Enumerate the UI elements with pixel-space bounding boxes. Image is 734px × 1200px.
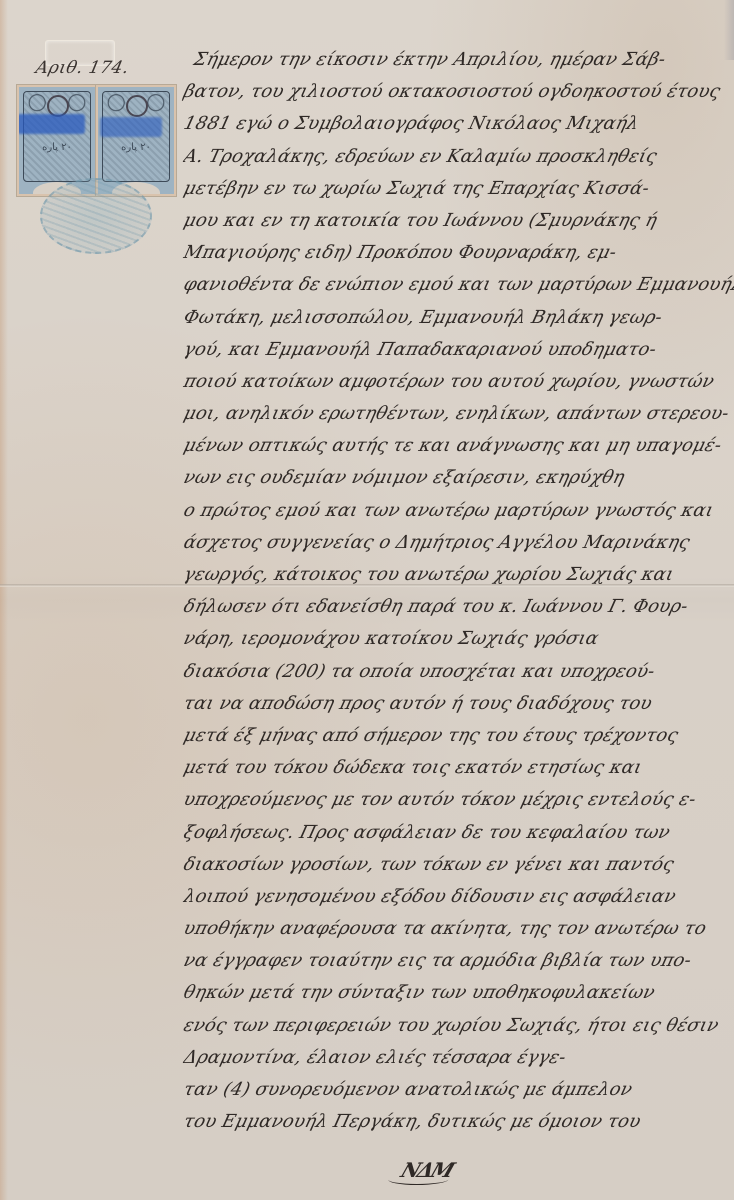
text-line: μετέβην εν τω χωρίω Σωχιά της Επαρχίας Κ… (180, 173, 734, 205)
text-line: μετά του τόκου δώδεκα τοις εκατόν ετησίω… (180, 752, 734, 784)
text-line: Α. Τροχαλάκης, εδρεύων εν Καλαμίω προσκλ… (180, 141, 734, 173)
text-line: μετά έξ μήνας από σήμερον της του έτους … (180, 720, 734, 752)
text-line: 1881 εγώ ο Συμβολαιογράφος Νικόλαος Μιχα… (180, 108, 734, 140)
text-line: θηκών μετά την σύνταξιν των υποθηκοφυλακ… (180, 977, 734, 1009)
text-line: νάρη, ιερομονάχου κατοίκου Σωχιάς γρόσια (180, 623, 734, 655)
text-line: διακόσια (200) τα οποία υποσχέται και υπ… (180, 656, 734, 688)
text-line: δήλωσεν ότι εδανείσθη παρά του κ. Ιωάννο… (180, 591, 734, 623)
text-line: άσχετος συγγενείας ο Δημήτριος Αγγέλου Μ… (180, 527, 734, 559)
stamp-cancellation-mark (17, 114, 85, 134)
stamp-value: ٢٠ پاره (98, 142, 174, 153)
text-line: γού, και Εμμανουήλ Παπαδακαριανού υποδημ… (180, 334, 734, 366)
handwritten-body: Σήμερον την είκοσιν έκτην Απριλίου, ημέρ… (180, 44, 732, 1138)
text-line: ται να αποδώση προς αυτόν ή τους διαδόχο… (180, 688, 734, 720)
text-line: μου και εν τη κατοικία του Ιωάννου (Σμυρ… (180, 205, 734, 237)
text-line: λοιπού γενησομένου εξόδου δίδουσιν εις α… (180, 881, 734, 913)
text-line: φανιοθέντα δε ενώπιον εμού και των μαρτύ… (180, 269, 734, 301)
text-line: διακοσίων γροσίων, των τόκων εν γένει κα… (180, 849, 734, 881)
official-seal-icon (40, 178, 152, 254)
text-line: του Εμμανουήλ Περγάκη, δυτικώς με όμοιον… (180, 1106, 734, 1138)
stamp-value: ٢٠ پاره (19, 142, 95, 153)
text-line: υποχρεούμενος με τον αυτόν τόκον μέχρις … (180, 784, 734, 816)
document-page: Αριθ. 174. ٢٠ پاره ٢٠ پاره Σήμερον την ε… (0, 0, 734, 1200)
reference-number: Αριθ. 174. (34, 58, 131, 78)
text-line: ποιού κατοίκων αμφοτέρων του αυτού χωρίο… (180, 366, 734, 398)
text-line: να έγγραφεν τοιαύτην εις τα αρμόδια βιβλ… (180, 945, 734, 977)
text-line: Μπαγιούρης ειδη) Προκόπου Φουρναράκη, εμ… (180, 237, 734, 269)
text-line: νων εις ουδεμίαν νόμιμον εξαίρεσιν, εκηρ… (180, 462, 734, 494)
text-line: μένων οπτικώς αυτής τε και ανάγνωσης και… (180, 430, 734, 462)
signature-flourish: ΝΔΜ (398, 1158, 457, 1182)
tughra-emblem-icon (126, 95, 148, 117)
text-line: Φωτάκη, μελισσοπώλου, Εμμανουήλ Βηλάκη γ… (180, 302, 734, 334)
text-line: υποθήκην αναφέρουσα τα ακίνητα, της τον … (180, 913, 734, 945)
text-line: ενός των περιφερειών του χωρίου Σωχιάς, … (180, 1010, 734, 1042)
text-line: μοι, ανηλικόν ερωτηθέντων, ενηλίκων, απά… (180, 398, 734, 430)
text-line: βατον, του χιλιοστού οκτακοσιοστού ογδοη… (180, 76, 734, 108)
text-line: ο πρώτος εμού και των ανωτέρω μαρτύρων γ… (180, 495, 734, 527)
stamp-cancellation-mark (100, 117, 162, 137)
text-line: Δραμοντίνα, έλαιον ελιές τέσσαρα έγγε- (180, 1042, 734, 1074)
text-line: γεωργός, κάτοικος του ανωτέρω χωρίου Σωχ… (180, 559, 734, 591)
text-line: Σήμερον την είκοσιν έκτην Απριλίου, ημέρ… (180, 44, 734, 76)
text-line: ταν (4) συνορευόμενον ανατολικώς με άμπε… (180, 1074, 734, 1106)
text-line: ξοφλήσεως. Προς ασφάλειαν δε του κεφαλαί… (180, 817, 734, 849)
